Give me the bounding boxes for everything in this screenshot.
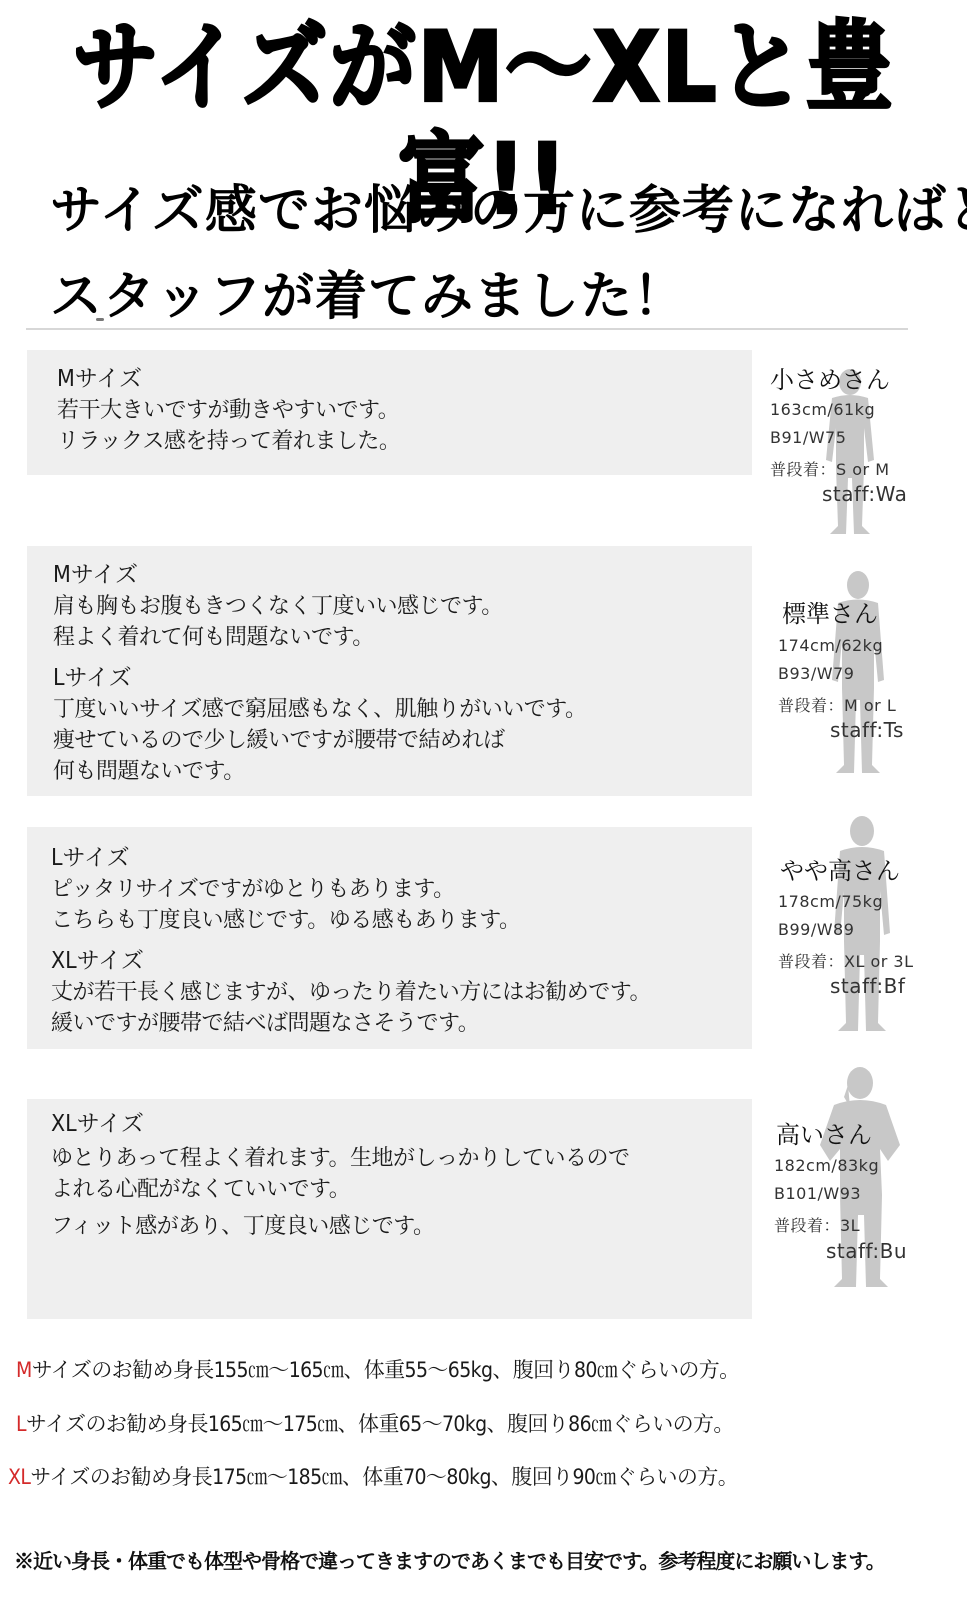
review-line: ピッタリサイズですがゆとりもあります。 — [51, 874, 752, 905]
staff-profile-2: 標準さん 174cm/62kg B93/W79 普段着：M or L staff… — [770, 570, 967, 780]
recommendation-xl: XLサイズのお勧め身長175㎝～185㎝、体重70～80kg、腹回り90㎝ぐらい… — [8, 1461, 738, 1491]
review-line: 丈が若干長く感じますが、ゆったり着たい方にはお勧めです。 — [51, 977, 752, 1008]
recommendation-text: サイズのお勧め身長165㎝～175㎝、体重65～70kg、腹回り86㎝ぐらいの方… — [26, 1412, 734, 1436]
review-size-title: XLサイズ — [51, 946, 752, 977]
staff-height-weight: 174cm/62kg — [778, 636, 883, 655]
staff-name: 高いさん — [776, 1115, 872, 1150]
recommendation-text: サイズのお勧め身長155㎝～165㎝、体重55～65kg、腹回り80㎝ぐらいの方… — [32, 1358, 740, 1382]
staff-height-weight: 163cm/61kg — [770, 400, 875, 419]
staff-id: staff:Wa — [822, 482, 907, 506]
staff-height-weight: 178cm/75kg — [778, 892, 883, 911]
staff-usual-size: 普段着：XL or 3L — [778, 949, 914, 972]
footnote: ※近い身長・体重でも体型や骨格で違ってきますのであくまでも目安です。参考程度にお… — [14, 1545, 964, 1574]
staff-profile-4: 高いさん 182cm/83kg B101/W93 普段着：3L staff:Bu — [770, 1065, 967, 1305]
review-line: 丁度いいサイズ感で窮屈感もなく、肌触りがいいです。 — [53, 694, 752, 725]
review-line: ゆとりあって程よく着れます。生地がしっかりしているので — [51, 1143, 752, 1174]
review-line: 緩いですが腰帯で結べば問題なさそうです。 — [51, 1008, 752, 1039]
staff-name: 小さめさん — [770, 360, 890, 395]
review-panel-3: Lサイズ ピッタリサイズですがゆとりもあります。 こちらも丁度良い感じです。ゆる… — [27, 827, 752, 1049]
staff-name: やや高さん — [780, 851, 900, 886]
size-label-xl: XL — [8, 1465, 30, 1489]
review-line: こちらも丁度良い感じです。ゆる感もあります。 — [51, 905, 752, 936]
review-size-title: Lサイズ — [53, 663, 752, 694]
staff-id: staff:Bu — [826, 1239, 907, 1263]
staff-profile-3: やや高さん 178cm/75kg B99/W89 普段着：XL or 3L st… — [770, 815, 967, 1040]
review-line: リラックス感を持って着れました。 — [57, 426, 752, 457]
review-line: 何も問題ないです。 — [53, 756, 752, 787]
review-size-title: Mサイズ — [53, 560, 752, 591]
review-panel-2: Mサイズ 肩も胸もお腹もきつくなく丁度いい感じです。 程よく着れて何も問題ないで… — [27, 546, 752, 796]
recommendation-l: Lサイズのお勧め身長165㎝～175㎝、体重65～70kg、腹回り86㎝ぐらいの… — [16, 1408, 734, 1438]
staff-usual-size: 普段着：S or M — [770, 457, 890, 480]
staff-bust-waist: B99/W89 — [778, 920, 854, 939]
subheading-line-1: サイズ感でお悩みの方に参考になればと — [50, 168, 930, 254]
review-panel-1: Mサイズ 若干大きいですが動きやすいです。 リラックス感を持って着れました。 — [27, 350, 752, 475]
recommendation-m: Mサイズのお勧め身長155㎝～165㎝、体重55～65kg、腹回り80㎝ぐらいの… — [16, 1354, 740, 1384]
review-size-title: Lサイズ — [51, 843, 752, 874]
review-line: 若干大きいですが動きやすいです。 — [57, 395, 752, 426]
staff-bust-waist: B91/W75 — [770, 428, 846, 447]
review-line: よれる心配がなくていいです。 — [51, 1174, 752, 1205]
review-line: フィット感があり、丁度良い感じです。 — [51, 1211, 752, 1242]
staff-height-weight: 182cm/83kg — [774, 1156, 879, 1175]
staff-usual-size: 普段着：M or L — [778, 693, 896, 716]
staff-bust-waist: B101/W93 — [774, 1184, 861, 1203]
staff-name: 標準さん — [782, 594, 878, 629]
staff-id: staff:Bf — [830, 974, 905, 998]
review-size-title: XLサイズ — [51, 1109, 752, 1140]
decorative-mark — [96, 318, 104, 321]
subheading: サイズ感でお悩みの方に参考になればと スタッフが着てみました！ — [50, 168, 930, 340]
size-label-m: M — [16, 1358, 32, 1382]
review-line: 肩も胸もお腹もきつくなく丁度いい感じです。 — [53, 591, 752, 622]
recommendation-text: サイズのお勧め身長175㎝～185㎝、体重70～80kg、腹回り90㎝ぐらいの方… — [30, 1465, 738, 1489]
staff-id: staff:Ts — [830, 718, 904, 742]
size-label-l: L — [16, 1412, 26, 1436]
staff-profile-1: 小さめさん 163cm/61kg B91/W75 普段着：S or M staf… — [770, 350, 967, 540]
review-line: 痩せているので少し緩いですが腰帯で結めれば — [53, 725, 752, 756]
review-panel-4: XLサイズ ゆとりあって程よく着れます。生地がしっかりしているので よれる心配が… — [27, 1099, 752, 1319]
staff-usual-size: 普段着：3L — [774, 1213, 860, 1236]
divider — [26, 328, 908, 330]
review-line: 程よく着れて何も問題ないです。 — [53, 622, 752, 653]
review-size-title: Mサイズ — [57, 364, 752, 395]
staff-bust-waist: B93/W79 — [778, 664, 854, 683]
